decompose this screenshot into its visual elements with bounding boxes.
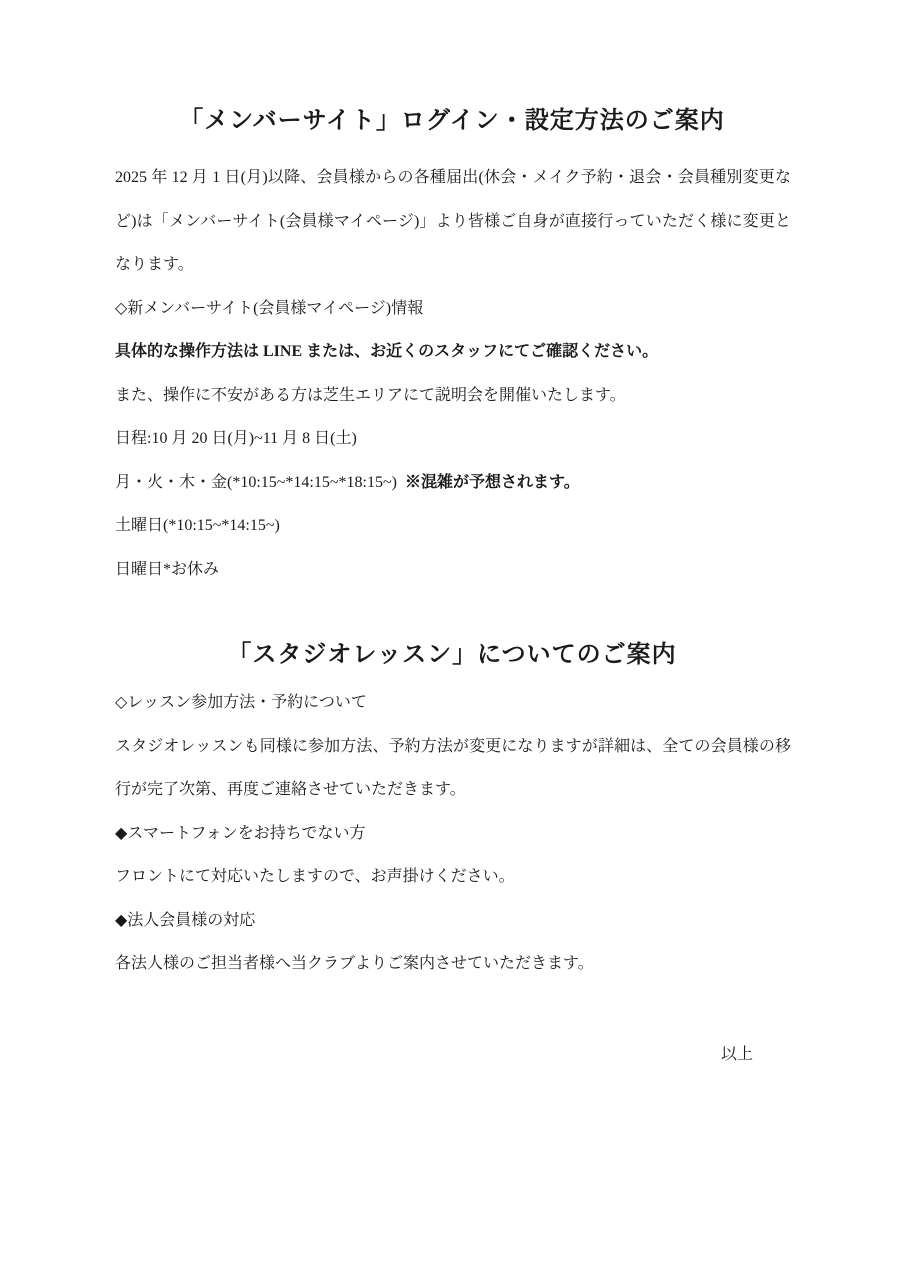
no-smartphone-body: フロントにて対応いたしますので、お声掛けください。	[115, 855, 791, 899]
lesson-participation-body: スタジオレッスンも同様に参加方法、予約方法が変更になりますが詳細は、全ての会員様…	[115, 725, 791, 812]
schedule-date-range: 日程:10 月 20 日(月)~11 月 8 日(土)	[115, 417, 791, 461]
member-site-info-heading: ◇新メンバーサイト(会員様マイページ)情報	[115, 287, 791, 331]
briefing-session-note: また、操作に不安がある方は芝生エリアにて説明会を開催いたします。	[115, 374, 791, 418]
no-smartphone-heading: ◆スマートフォンをお持ちでない方	[115, 812, 791, 856]
line-confirmation-note: 具体的な操作方法は LINE または、お近くのスタッフにてご確認ください。	[115, 330, 791, 374]
member-site-section-body: 2025 年 12 月 1 日(月)以降、会員様からの各種届出(休会・メイク予約…	[115, 156, 791, 591]
notice-document-page: 「メンバーサイト」ログイン・設定方法のご案内 2025 年 12 月 1 日(月…	[0, 0, 904, 1280]
schedule-saturday-line: 土曜日(*10:15~*14:15~)	[115, 504, 791, 548]
studio-lesson-section-body: ◇レッスン参加方法・予約について スタジオレッスンも同様に参加方法、予約方法が変…	[115, 681, 791, 986]
schedule-weekday-times: 月・火・木・金(*10:15~*14:15~*18:15~)	[115, 474, 397, 491]
schedule-sunday-line: 日曜日*お休み	[115, 548, 791, 592]
corporate-member-heading: ◆法人会員様の対応	[115, 899, 791, 943]
schedule-weekday-line: 月・火・木・金(*10:15~*14:15~*18:15~)※混雑が予想されます…	[115, 461, 791, 505]
congestion-warning: ※混雑が予想されます。	[405, 474, 580, 491]
studio-lesson-section-title: 「スタジオレッスン」についてのご案内	[0, 638, 904, 672]
lesson-participation-heading: ◇レッスン参加方法・予約について	[115, 681, 791, 725]
member-site-section-title: 「メンバーサイト」ログイン・設定方法のご案内	[0, 104, 904, 138]
intro-paragraph: 2025 年 12 月 1 日(月)以降、会員様からの各種届出(休会・メイク予約…	[115, 156, 791, 287]
closing-word: 以上	[721, 1041, 753, 1069]
corporate-member-body: 各法人様のご担当者様へ当クラブよりご案内させていただきます。	[115, 942, 791, 986]
